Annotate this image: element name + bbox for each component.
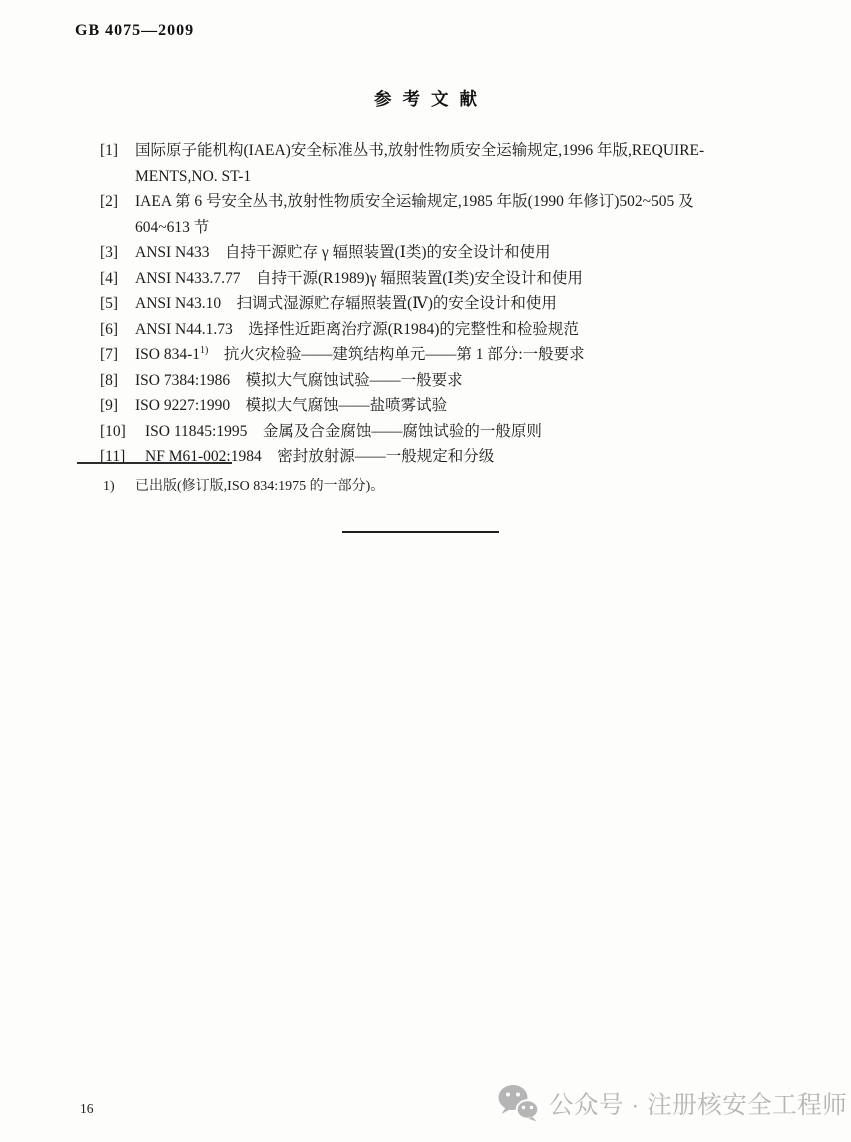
reference-label: [3]: [100, 240, 135, 266]
reference-text: 国际原子能机构(IAEA)安全标准丛书,放射性物质安全运输规定,1996 年版,…: [135, 142, 704, 159]
reference-label: [1]: [100, 138, 135, 164]
reference-item: [10]ISO 11845:1995 金属及合金腐蚀——腐蚀试验的一般原则: [100, 419, 792, 445]
reference-label: [11]: [100, 444, 145, 470]
reference-text: ISO 834-1: [135, 346, 200, 363]
reference-text-continued: 604~613 节: [135, 215, 792, 241]
watermark-text: 公众号 · 注册核安全工程师: [549, 1086, 847, 1121]
reference-item: [1]国际原子能机构(IAEA)安全标准丛书,放射性物质安全运输规定,1996 …: [100, 138, 792, 189]
reference-label: [4]: [100, 266, 135, 292]
reference-item: [6]ANSI N44.1.73 选择性近距离治疗源(R1984)的完整性和检验…: [100, 317, 792, 343]
reference-text: ISO 7384:1986 模拟大气腐蚀试验——一般要求: [135, 372, 463, 389]
page-number: 16: [80, 1101, 94, 1117]
reference-item: [5]ANSI N43.10 扫调式湿源贮存辐照装置(Ⅳ)的安全设计和使用: [100, 291, 792, 317]
reference-item: [8]ISO 7384:1986 模拟大气腐蚀试验——一般要求: [100, 368, 792, 394]
reference-text: ANSI N433 自持干源贮存 γ 辐照装置(Ⅰ类)的安全设计和使用: [135, 244, 551, 261]
reference-item: [9]ISO 9227:1990 模拟大气腐蚀——盐喷雾试验: [100, 393, 792, 419]
reference-label: [9]: [100, 393, 135, 419]
reference-item: [4]ANSI N433.7.77 自持干源(R1989)γ 辐照装置(Ⅰ类)安…: [100, 266, 792, 292]
footnote-marker: 1): [103, 476, 135, 498]
standard-number: GB 4075—2009: [75, 22, 194, 40]
reference-item: [11]NF M61-002:1984 密封放射源——一般规定和分级: [100, 444, 792, 470]
reference-text: ISO 9227:1990 模拟大气腐蚀——盐喷雾试验: [135, 397, 447, 414]
page-title: 参考文献: [0, 86, 851, 111]
footnote: 1)已出版(修订版,ISO 834:1975 的一部分)。: [103, 476, 384, 498]
footnote-separator-rule: [77, 462, 232, 464]
footnote-text: 已出版(修订版,ISO 834:1975 的一部分)。: [135, 479, 384, 494]
reference-label: [2]: [100, 189, 135, 215]
document-page: GB 4075—2009 参考文献 [1]国际原子能机构(IAEA)安全标准丛书…: [0, 0, 851, 1142]
reference-label: [7]: [100, 342, 135, 368]
reference-text: 抗火灾检验——建筑结构单元——第 1 部分:一般要求: [208, 346, 584, 363]
reference-label: [10]: [100, 419, 145, 445]
reference-text: ISO 11845:1995 金属及合金腐蚀——腐蚀试验的一般原则: [145, 423, 542, 440]
reference-item: [2]IAEA 第 6 号安全丛书,放射性物质安全运输规定,1985 年版(19…: [100, 189, 792, 240]
reference-label: [8]: [100, 368, 135, 394]
watermark: 公众号 · 注册核安全工程师: [497, 1084, 847, 1122]
reference-item: [7]ISO 834-11) 抗火灾检验——建筑结构单元——第 1 部分:一般要…: [100, 342, 792, 368]
reference-text: ANSI N43.10 扫调式湿源贮存辐照装置(Ⅳ)的安全设计和使用: [135, 295, 557, 312]
reference-text: IAEA 第 6 号安全丛书,放射性物质安全运输规定,1985 年版(1990 …: [135, 193, 694, 210]
wechat-icon: [497, 1084, 539, 1122]
reference-item: [3]ANSI N433 自持干源贮存 γ 辐照装置(Ⅰ类)的安全设计和使用: [100, 240, 792, 266]
reference-label: [6]: [100, 317, 135, 343]
end-of-text-rule: [342, 531, 499, 533]
reference-text-continued: MENTS,NO. ST-1: [135, 164, 792, 190]
reference-text: ANSI N433.7.77 自持干源(R1989)γ 辐照装置(Ⅰ类)安全设计…: [135, 270, 583, 287]
reference-text: ANSI N44.1.73 选择性近距离治疗源(R1984)的完整性和检验规范: [135, 321, 579, 338]
references-list: [1]国际原子能机构(IAEA)安全标准丛书,放射性物质安全运输规定,1996 …: [100, 138, 792, 470]
reference-label: [5]: [100, 291, 135, 317]
